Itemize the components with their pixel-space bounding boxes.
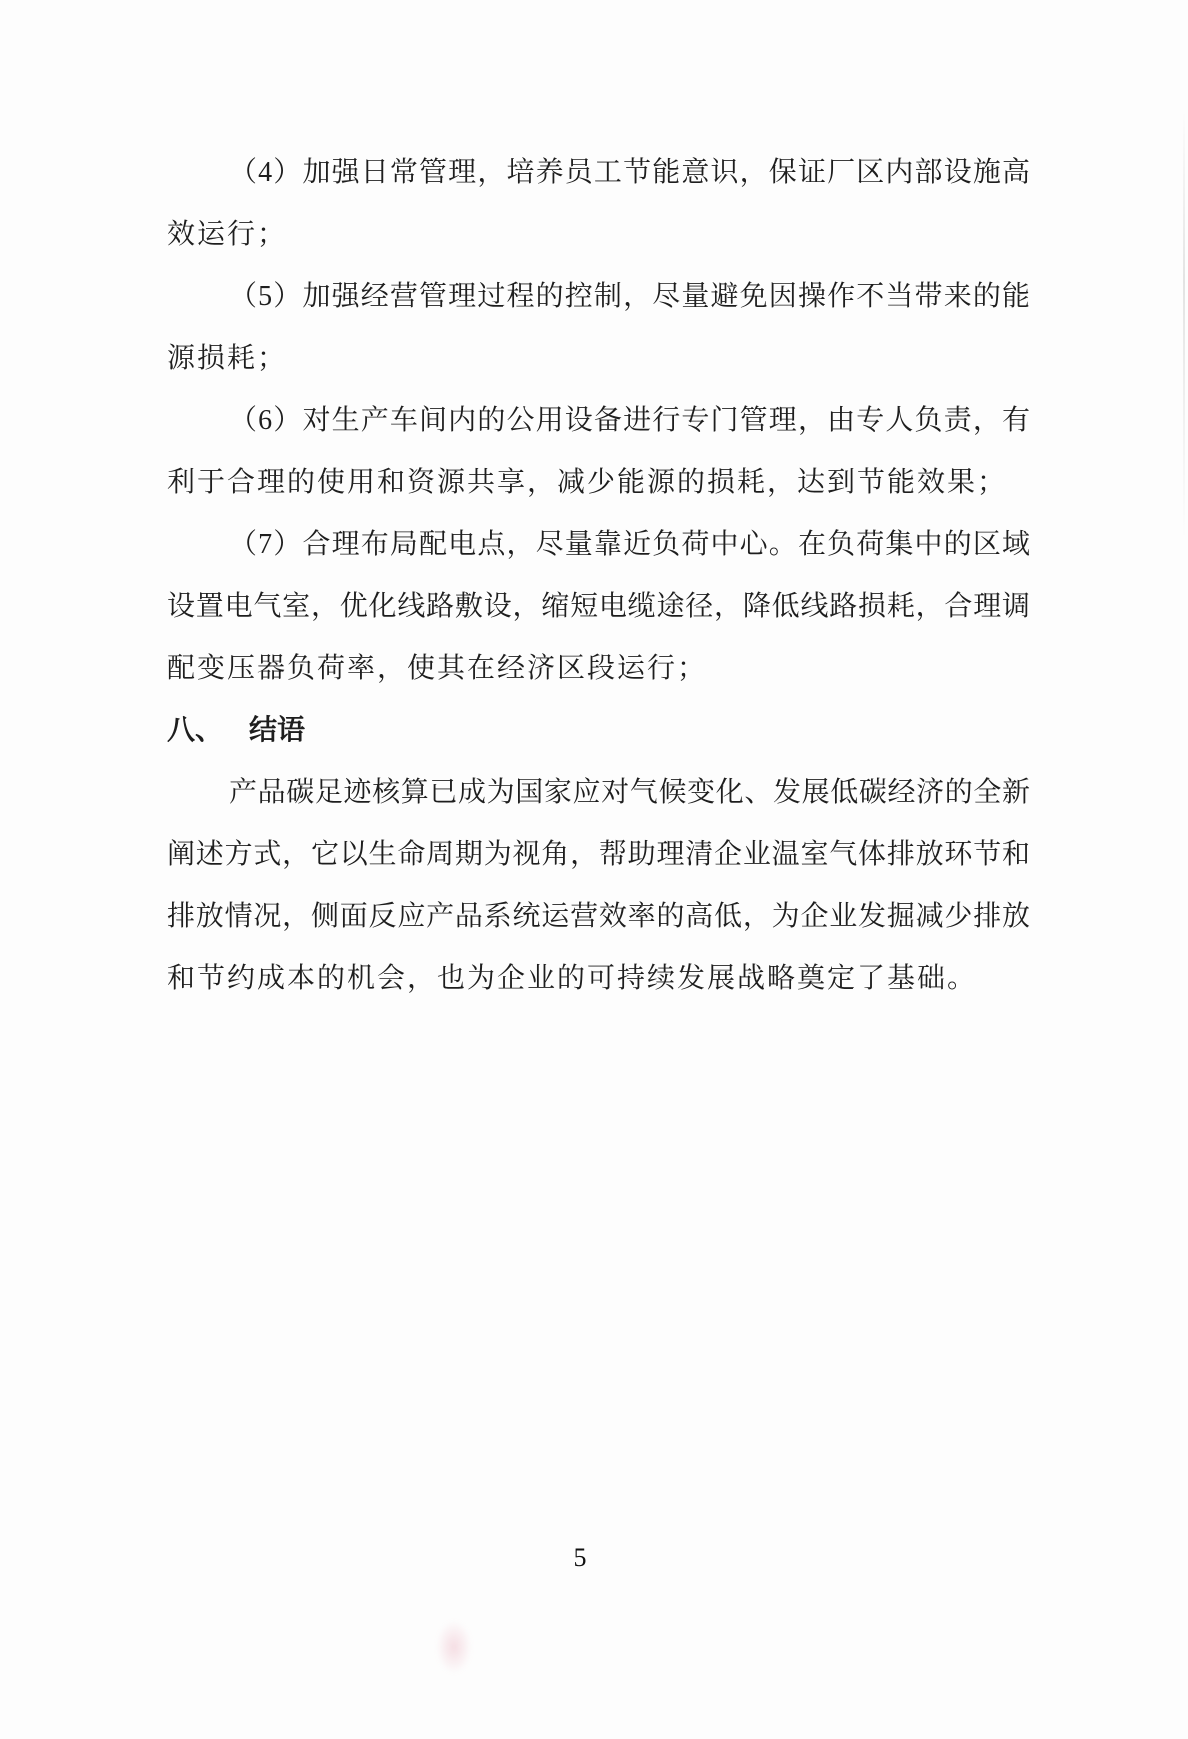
body-line: 设置电气室，优化线路敷设，缩短电缆途径，降低线路损耗，合理调 <box>167 576 1030 638</box>
body-line: 效运行； <box>167 204 1030 266</box>
body-line: 配变压器负荷率，使其在经济区段运行； <box>167 638 1030 700</box>
body-line: （7）合理布局配电点，尽量靠近负荷中心。在负荷集中的区域 <box>167 514 1030 576</box>
body-line: （5）加强经营管理过程的控制，尽量避免因操作不当带来的能 <box>167 266 1030 328</box>
document-body: （4）加强日常管理，培养员工节能意识，保证厂区内部设施高 效运行； （5）加强经… <box>167 142 1030 1010</box>
body-line: 利于合理的使用和资源共享，减少能源的损耗，达到节能效果； <box>167 452 1030 514</box>
scan-edge-artifact <box>1183 110 1185 540</box>
body-line: 源损耗； <box>167 328 1030 390</box>
body-line: 阐述方式，它以生命周期为视角，帮助理清企业温室气体排放环节和 <box>167 824 1030 886</box>
document-page: （4）加强日常管理，培养员工节能意识，保证厂区内部设施高 效运行； （5）加强经… <box>0 0 1188 1739</box>
body-line: （4）加强日常管理，培养员工节能意识，保证厂区内部设施高 <box>167 142 1030 204</box>
section-heading: 八、结语 <box>167 700 1030 762</box>
page-number: 5 <box>0 1538 1174 1578</box>
scan-smudge-artifact <box>436 1620 472 1674</box>
body-line: 产品碳足迹核算已成为国家应对气候变化、发展低碳经济的全新 <box>167 762 1030 824</box>
body-line: （6）对生产车间内的公用设备进行专门管理，由专人负责，有 <box>167 390 1030 452</box>
body-line: 排放情况，侧面反应产品系统运营效率的高低，为企业发掘减少排放 <box>167 886 1030 948</box>
body-line: 和节约成本的机会，也为企业的可持续发展战略奠定了基础。 <box>167 948 1030 1010</box>
section-title: 结语 <box>249 715 305 746</box>
section-number: 八、 <box>167 715 223 746</box>
